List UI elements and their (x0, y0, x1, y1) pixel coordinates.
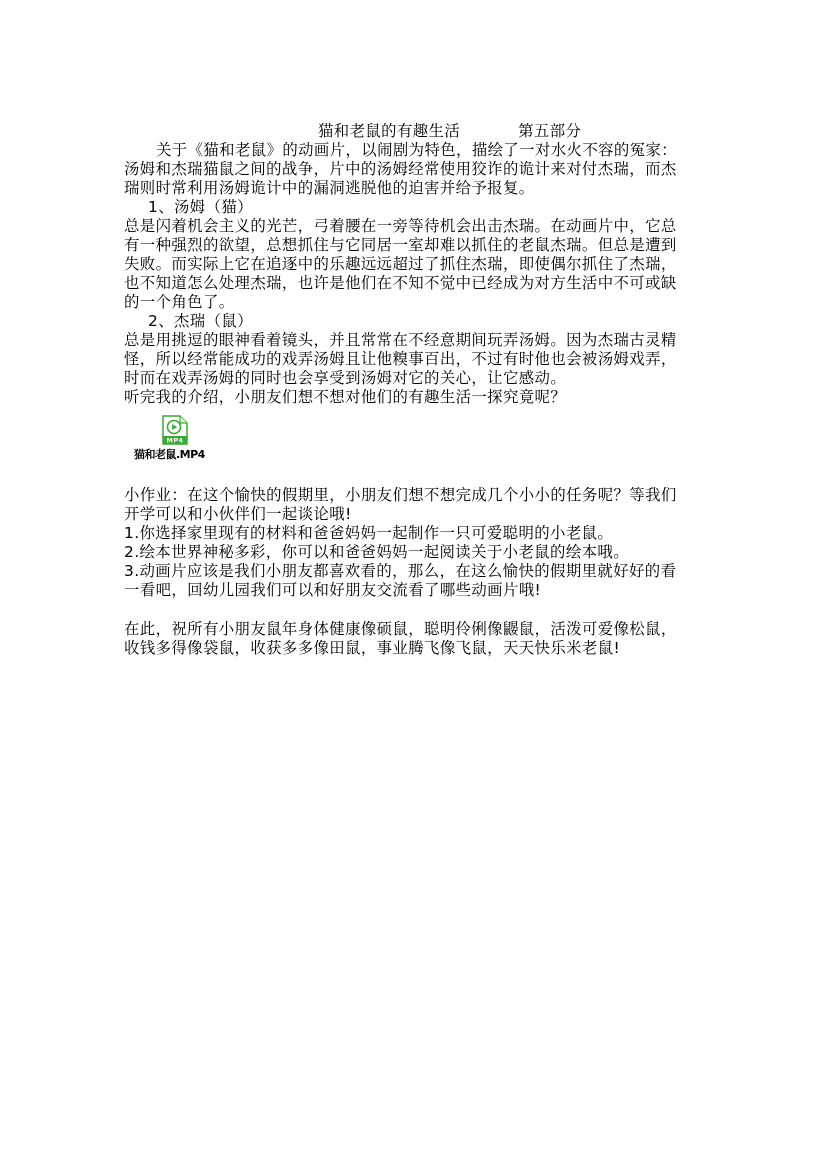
spacer (124, 600, 704, 620)
paragraph-line: 失败。而实际上它在追逐中的乐趣远远超过了抓住杰瑞，即使偶尔抓住了杰瑞， (124, 255, 704, 274)
paragraph-line: 怪，所以经常能成功的戏弄汤姆且让他糗事百出，不过有时他也会被汤姆戏弄， (124, 350, 704, 369)
section-heading-tom: 1、汤姆（猫） (124, 198, 704, 217)
homework-item: 3.动画片应该是我们小朋友都喜欢看的，那么，在这么愉快的假期里就好好的看 (124, 562, 704, 581)
paragraph-line: 总是用挑逗的眼神看着镜头，并且常常在不经意期间玩弄汤姆。因为杰瑞古灵精 (124, 331, 704, 350)
homework-item: 一看吧，回幼儿园我们可以和好朋友交流看了哪些动画片哦! (124, 581, 704, 600)
section-heading-jerry: 2、杰瑞（鼠） (124, 312, 704, 331)
paragraph-line: 有一种强烈的欲望，总想抓住与它同居一室却难以抓住的老鼠杰瑞。但总是遭到 (124, 236, 704, 255)
intro-line: 关于《猫和老鼠》的动画片，以闹剧为特色，描绘了一对水火不容的冤家： (124, 141, 704, 160)
svg-text:MP4: MP4 (167, 437, 184, 445)
homework-line: 小作业：在这个愉快的假期里，小朋友们想不想完成几个小小的任务呢？等我们 (124, 486, 704, 505)
document-page: 猫和老鼠的有趣生活第五部分 关于《猫和老鼠》的动画片，以闹剧为特色，描绘了一对水… (124, 122, 704, 658)
question-line: 听完我的介绍，小朋友们想不想对他们的有趣生活一探究竟呢？ (124, 388, 704, 407)
paragraph-line: 的一个角色了。 (124, 293, 704, 312)
attachment-filename[interactable]: 猫和老鼠.MP4 (134, 449, 205, 461)
paragraph-line: 总是闪着机会主义的光芒，弓着腰在一旁等待机会出击杰瑞。在动画片中，它总 (124, 217, 704, 236)
paragraph-line: 也不知道怎么处理杰瑞，也许是他们在不知不觉中已经成为对方生活中不可或缺 (124, 274, 704, 293)
homework-item: 1.你选择家里现有的材料和爸爸妈妈一起制作一只可爱聪明的小老鼠。 (124, 524, 704, 543)
mp4-attachment[interactable]: MP4 猫和老鼠.MP4 (124, 411, 704, 467)
intro-line: 瑞则时常利用汤姆诡计中的漏洞逃脱他的迫害并给予报复。 (124, 179, 704, 198)
mp4-file-icon[interactable]: MP4 (162, 415, 188, 445)
homework-item: 2.绘本世界神秘多彩，你可以和爸爸妈妈一起阅读关于小老鼠的绘本哦。 (124, 543, 704, 562)
spacer (124, 467, 704, 486)
title-main: 猫和老鼠的有趣生活 (318, 122, 460, 140)
closing-line: 收钱多得像袋鼠，收获多多像田鼠，事业腾飞像飞鼠，天天快乐米老鼠! (124, 639, 704, 658)
intro-line: 汤姆和杰瑞猫鼠之间的战争，片中的汤姆经常使用狡诈的诡计来对付杰瑞，而杰 (124, 160, 704, 179)
document-title: 猫和老鼠的有趣生活第五部分 (124, 122, 704, 141)
homework-line: 开学可以和小伙伴们一起谈论哦! (124, 505, 704, 524)
title-part: 第五部分 (518, 122, 581, 140)
closing-line: 在此，祝所有小朋友鼠年身体健康像硕鼠，聪明伶俐像鼹鼠，活泼可爱像松鼠， (124, 620, 704, 639)
paragraph-line: 时而在戏弄汤姆的同时也会享受到汤姆对它的关心，让它感动。 (124, 369, 704, 388)
